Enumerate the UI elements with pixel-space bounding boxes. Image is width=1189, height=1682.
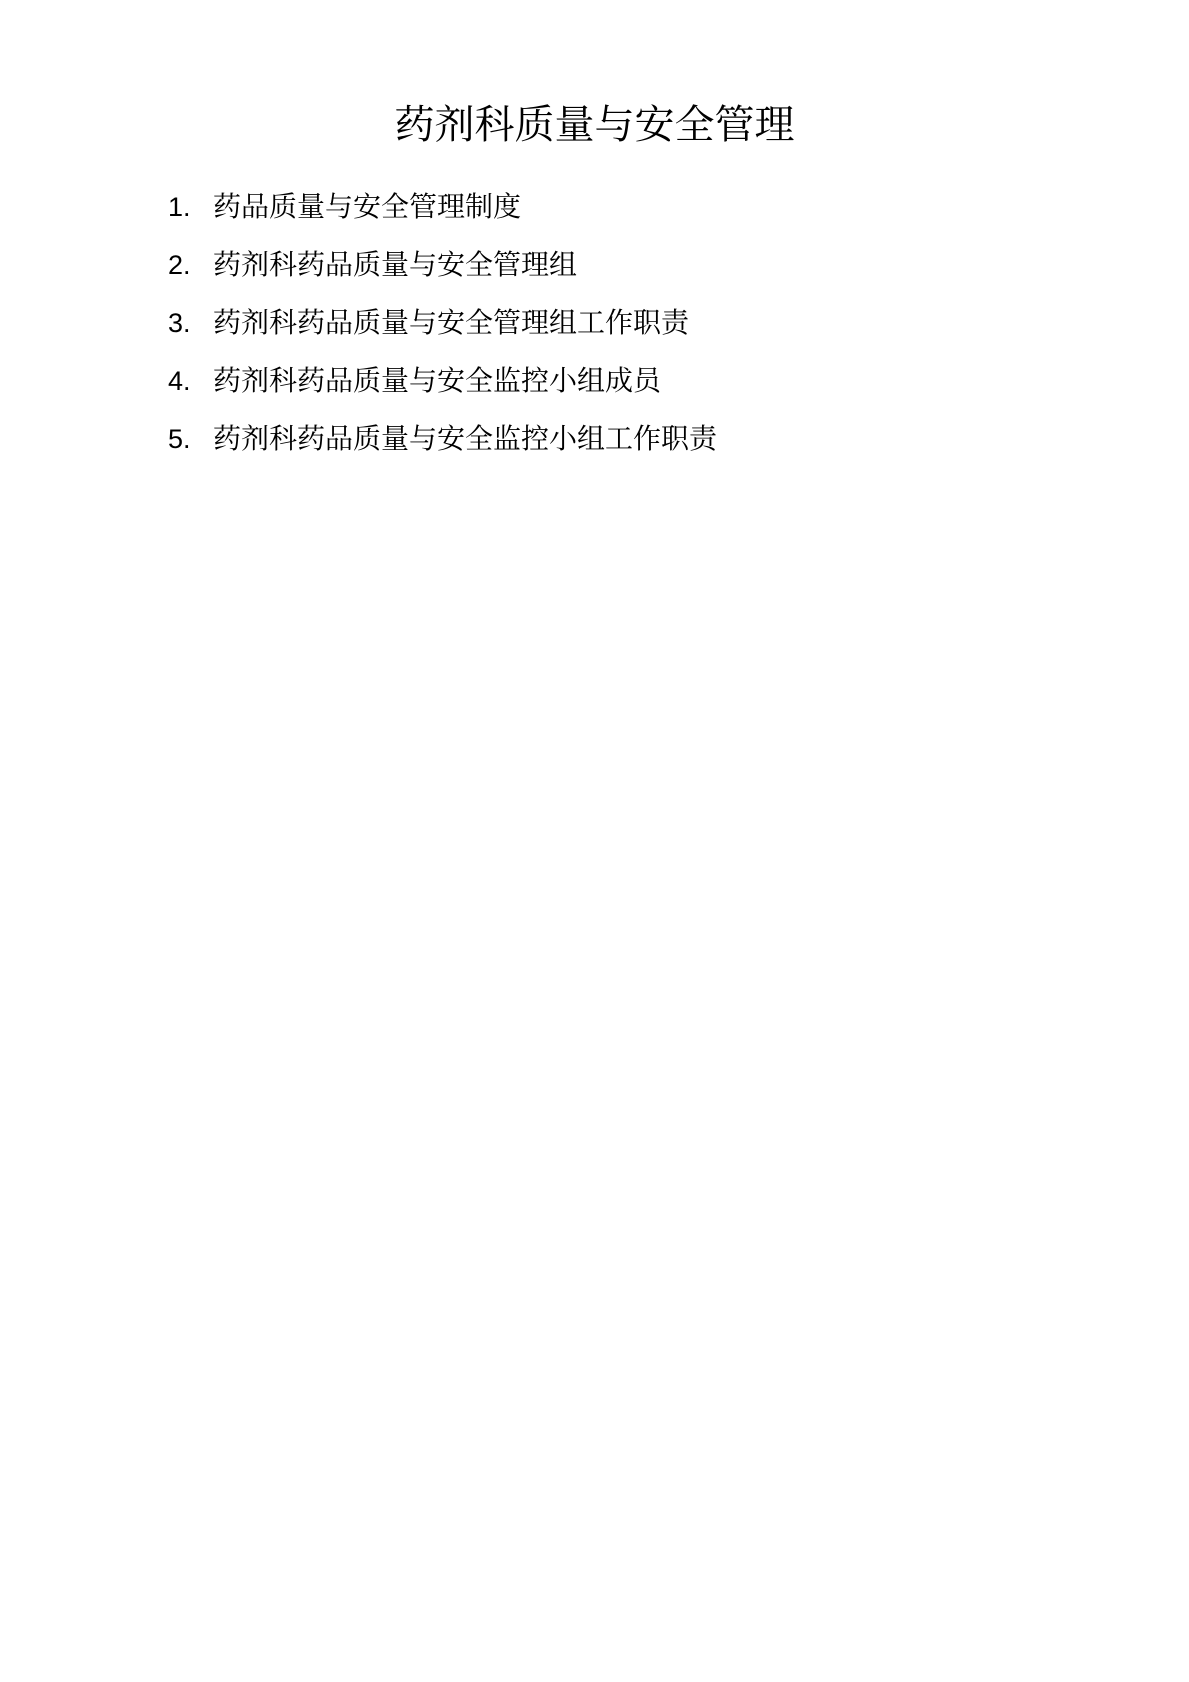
toc-item-number: 4.: [168, 360, 213, 402]
toc-item-number: 3.: [168, 302, 213, 344]
toc-item-label: 药剂科药品质量与安全管理组工作职责: [213, 302, 689, 344]
toc-item-label: 药品质量与安全管理制度: [213, 186, 521, 228]
table-of-contents: 1. 药品质量与安全管理制度 2. 药剂科药品质量与安全管理组 3. 药剂科药品…: [168, 186, 717, 476]
toc-item-number: 1.: [168, 186, 213, 228]
toc-item: 5. 药剂科药品质量与安全监控小组工作职责: [168, 418, 717, 476]
toc-item-label: 药剂科药品质量与安全监控小组工作职责: [213, 418, 717, 460]
toc-item: 1. 药品质量与安全管理制度: [168, 186, 717, 244]
toc-item: 2. 药剂科药品质量与安全管理组: [168, 244, 717, 302]
toc-item-label: 药剂科药品质量与安全监控小组成员: [213, 360, 661, 402]
toc-item: 4. 药剂科药品质量与安全监控小组成员: [168, 360, 717, 418]
toc-item-number: 2.: [168, 244, 213, 286]
page-title: 药剂科质量与安全管理: [0, 98, 1189, 152]
toc-item-label: 药剂科药品质量与安全管理组: [213, 244, 577, 286]
toc-item-number: 5.: [168, 418, 213, 460]
toc-item: 3. 药剂科药品质量与安全管理组工作职责: [168, 302, 717, 360]
